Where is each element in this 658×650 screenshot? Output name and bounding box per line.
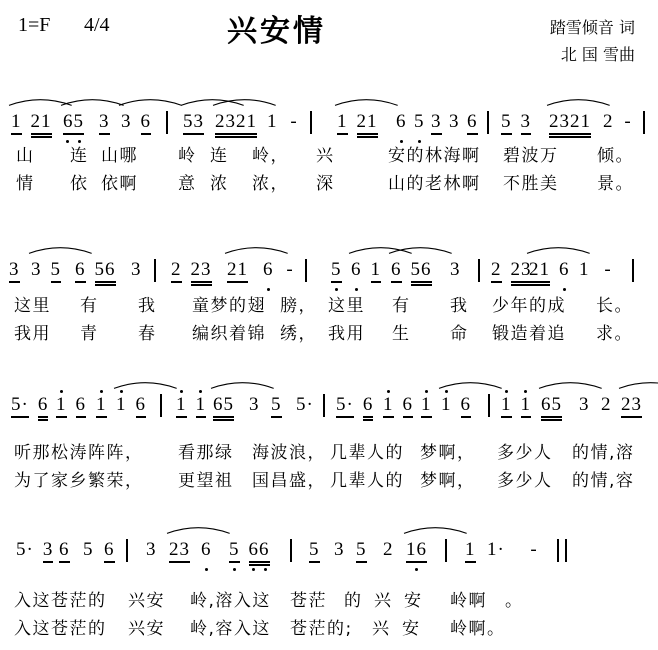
barline — [154, 259, 156, 282]
high-octave-dot — [524, 390, 527, 393]
beam-underline-2 — [521, 136, 532, 138]
beam-underline-1 — [461, 416, 472, 418]
beam-underline-1 — [229, 561, 240, 563]
note-digits: 1 — [96, 395, 107, 415]
note: 1 — [500, 388, 513, 428]
note-group: 656 — [390, 246, 433, 293]
beam-underline-2 — [357, 136, 378, 138]
note: 21 — [356, 105, 379, 145]
slur-arc — [59, 98, 126, 106]
lyric-segment-line3: 这里 — [328, 297, 365, 316]
note-group: 656 — [74, 246, 117, 293]
high-octave-dot — [445, 390, 448, 393]
note: - — [602, 253, 614, 293]
note-digits: 1 — [196, 395, 207, 415]
beam-underline-1 — [351, 281, 362, 283]
note-subgroup-row: 3 — [448, 105, 461, 145]
octave-dots-below — [335, 286, 338, 293]
note: 6 — [140, 105, 153, 145]
octave-dots-below — [233, 566, 236, 573]
beam-underline-1 — [183, 133, 204, 135]
note-digits: 2 — [171, 260, 182, 280]
note-group: 16 — [405, 526, 428, 573]
note-subgroup-row: 65 — [540, 388, 563, 428]
lyric-segment-line1: 山 — [16, 147, 35, 166]
note-digits: 6 — [59, 540, 70, 560]
note-digits: - — [286, 260, 293, 280]
low-octave-dot — [563, 288, 566, 291]
lyric-segment-line1: 兴 — [316, 147, 335, 166]
lyric-segment-line3: 膀， — [280, 297, 317, 316]
note-subgroup-row: 3 — [449, 253, 462, 293]
note-digits: 5 — [414, 112, 425, 132]
note-group: 5·6 — [10, 381, 49, 428]
note: 3 — [578, 388, 591, 428]
note-subgroup-row: 6 — [58, 533, 71, 573]
note: 3 — [130, 253, 143, 293]
lyric-segment-line4: 生 — [392, 325, 411, 344]
beam-underline-1 — [83, 561, 94, 563]
note: 5· — [10, 388, 30, 428]
beam-underline-1 — [191, 281, 212, 283]
note-subgroup-row: 3 — [333, 533, 346, 573]
note: 6 — [362, 388, 375, 428]
note: 21 — [226, 253, 249, 293]
note: 5 — [330, 253, 343, 293]
note: 5· — [335, 388, 355, 428]
note: 2 — [170, 253, 183, 293]
beam-underline-1 — [285, 281, 295, 283]
low-octave-dot — [400, 140, 403, 143]
note-digits: 1 — [465, 540, 476, 560]
note-group: 566 — [228, 526, 271, 573]
octave-dots-below — [400, 138, 403, 145]
lyric-segment-line4: 绣， — [280, 325, 317, 344]
beam-underline-2 — [450, 284, 461, 286]
low-octave-dot — [233, 568, 236, 571]
lyric-segment-line2: 山的老林啊 — [388, 175, 481, 194]
note: 23 — [190, 253, 213, 293]
song-title: 兴安情 — [227, 6, 326, 50]
beam-underline-1 — [227, 281, 248, 283]
barline — [323, 394, 325, 417]
beam-underline-1 — [63, 133, 84, 135]
note-digits: 23 — [169, 540, 190, 560]
note-subgroup-row: 3 — [430, 105, 443, 145]
beam-underline-1 — [487, 561, 505, 563]
note: - — [284, 253, 296, 293]
beam-underline-1 — [396, 133, 407, 135]
note-group: 1 — [420, 381, 433, 428]
note-digits: 1 — [579, 260, 590, 280]
beam-underline-2 — [467, 136, 478, 138]
note-group: - — [528, 526, 540, 573]
note-digits: 5 — [331, 260, 342, 280]
note: 66 — [248, 533, 271, 573]
note: 65 — [62, 105, 85, 145]
note-subgroup-row: 1 — [266, 105, 279, 145]
lyricist-credit: 踏雪倾音 词 — [495, 14, 635, 41]
beam-underline-1 — [116, 416, 127, 418]
note-digits: 56 — [411, 260, 432, 280]
beam-underline-2 — [267, 136, 278, 138]
note-group: - — [284, 246, 296, 293]
barline — [643, 111, 645, 134]
note-group: 21 — [226, 246, 249, 293]
note-digits: 3 — [31, 260, 42, 280]
lyric-segment-line2: 浓， — [252, 175, 289, 194]
note: 6 — [558, 253, 571, 293]
music-system-4: 5·3656323656653521611·- — [0, 526, 658, 574]
beam-underline-2 — [529, 284, 550, 286]
note-digits: 2321 — [215, 112, 257, 132]
beam-underline-1 — [334, 561, 345, 563]
note-digits: 6 — [403, 395, 414, 415]
beam-underline-1 — [76, 416, 87, 418]
note-subgroup-row: 21 — [226, 253, 249, 293]
note-digits: 3 — [99, 112, 110, 132]
note-group: 3 — [449, 246, 462, 293]
note-digits: 6 — [75, 260, 86, 280]
note-digits: 3 — [9, 260, 20, 280]
beam-underline-2 — [131, 284, 142, 286]
beam-underline-1 — [43, 561, 54, 563]
note-digits: 5 — [51, 260, 62, 280]
beam-underline-1 — [549, 133, 591, 135]
low-octave-dot — [78, 140, 81, 143]
note: 2 — [382, 533, 395, 573]
note: 5 — [228, 533, 241, 573]
beam-underline-1 — [465, 561, 476, 563]
note: 3 — [448, 105, 461, 145]
slur-arc — [537, 381, 604, 389]
note-subgroup-row: 1 — [420, 388, 433, 428]
note-group: - — [602, 246, 614, 293]
note-group: 5 — [308, 526, 321, 573]
beam-underline-2 — [75, 284, 86, 286]
lyric-segment-line8: 岭,容入这 — [190, 620, 271, 639]
slur-arc — [333, 98, 400, 106]
beam-underline-2 — [285, 284, 295, 286]
note-subgroup-row: 5·6 — [10, 388, 49, 428]
note: 2 — [490, 253, 503, 293]
note-digits: 5 — [83, 540, 94, 560]
note: 1 — [115, 388, 128, 428]
octave-dots-below — [267, 286, 270, 293]
note: 65 — [212, 388, 235, 428]
lyric-segment-line4: 求。 — [596, 325, 633, 344]
beam-underline-2 — [296, 419, 314, 421]
barline — [488, 394, 490, 417]
note-subgroup-row: 3 — [578, 388, 591, 428]
note-digits: 5· — [296, 395, 314, 415]
note-group: 5· — [295, 381, 315, 428]
note-digits: 3 — [146, 540, 157, 560]
slur-arc — [209, 381, 276, 389]
beam-underline-1 — [411, 281, 432, 283]
note-subgroup-row: 566 — [228, 533, 271, 573]
note-group: 3 — [333, 526, 346, 573]
note-subgroup-row: 65 — [62, 105, 85, 145]
note-subgroup-row: 11 — [500, 388, 532, 428]
lyric-segment-line6: 国昌盛， — [252, 472, 326, 491]
note-subgroup-row: 65 — [212, 388, 235, 428]
barline — [290, 539, 292, 562]
beam-underline-1 — [521, 133, 532, 135]
note-digits: - — [530, 540, 537, 560]
note-subgroup-row: 656 — [390, 253, 433, 293]
note-subgroup-row: 656 — [74, 253, 117, 293]
note-digits: 2 — [491, 260, 502, 280]
beam-underline-1 — [31, 133, 52, 135]
beam-underline-2 — [43, 564, 54, 566]
key-signature: 1=F — [18, 14, 50, 37]
lyric-segment-line6: 多少人 — [497, 472, 553, 491]
beam-underline-1 — [491, 281, 502, 283]
note-digits: 3 — [431, 112, 442, 132]
note-digits: 5· — [336, 395, 354, 415]
note-digits: 56 — [95, 260, 116, 280]
note-digits: 21 — [227, 260, 248, 280]
note: 3 — [98, 105, 111, 145]
note-digits: 1 — [11, 112, 22, 132]
note: 3 — [145, 533, 158, 573]
note-digits: 23 — [191, 260, 212, 280]
note: 6 — [103, 533, 116, 573]
beam-underline-2 — [363, 419, 374, 421]
beam-underline-2 — [51, 284, 62, 286]
note: 3 — [248, 388, 261, 428]
beam-underline-2 — [549, 136, 591, 138]
beam-underline-1 — [59, 561, 70, 563]
beam-underline-1 — [121, 133, 132, 135]
lyric-segment-line2: 深 — [316, 175, 335, 194]
note-digits: 1 — [56, 395, 67, 415]
slur-arc — [223, 246, 290, 254]
lyric-segment-line8: 入这苍茫的 — [14, 620, 107, 639]
note: 3 — [120, 105, 133, 145]
high-octave-dot — [180, 390, 183, 393]
octave-dots-below — [205, 566, 208, 573]
note: 1 — [370, 253, 383, 293]
beam-underline-1 — [213, 416, 234, 418]
note-subgroup-row: 6 — [103, 533, 116, 573]
note: 6 — [74, 253, 87, 293]
lyric-segment-line7: 兴安 — [128, 592, 165, 611]
beam-underline-2 — [11, 419, 29, 421]
note-subgroup-row: 35 — [30, 253, 62, 293]
note-group: 223 — [170, 246, 213, 293]
beam-underline-1 — [201, 561, 212, 563]
note-digits: 66 — [249, 540, 270, 560]
note-digits: 1 — [116, 395, 127, 415]
beam-underline-2 — [136, 419, 147, 421]
lyric-segment-line4: 青 — [80, 325, 99, 344]
note: 5 — [308, 533, 321, 573]
note-group: 6 — [103, 526, 116, 573]
high-octave-dot — [425, 390, 428, 393]
note-group: 3 — [145, 526, 158, 573]
note-digits: 6 — [461, 395, 472, 415]
lyric-segment-line3: 我 — [450, 297, 469, 316]
note-subgroup-row: 16 — [55, 388, 87, 428]
note-group: 11 — [175, 381, 207, 428]
note: 2 — [600, 388, 613, 428]
beam-underline-1 — [601, 416, 612, 418]
lyric-segment-line8: 兴 — [372, 620, 391, 639]
note: 1 — [55, 388, 68, 428]
note-digits: 3 — [450, 260, 461, 280]
note-group: 1· — [486, 526, 506, 573]
high-octave-dot — [60, 390, 63, 393]
beam-underline-1 — [11, 416, 29, 418]
beam-underline-2 — [601, 419, 612, 421]
note-group: 65 — [62, 98, 85, 145]
beam-underline-2 — [83, 564, 94, 566]
note-subgroup-row: 1· — [486, 533, 506, 573]
beam-underline-2 — [461, 419, 472, 421]
high-octave-dot — [120, 390, 123, 393]
note-digits: 3 — [334, 540, 345, 560]
high-octave-dot — [505, 390, 508, 393]
note-group: 16 — [55, 381, 87, 428]
note-subgroup-row: - — [528, 533, 540, 573]
beam-underline-1 — [559, 281, 570, 283]
note-group: 16 — [115, 381, 147, 428]
lyric-segment-line1: 倾。 — [597, 147, 634, 166]
beam-underline-1 — [96, 416, 107, 418]
note: 21 — [528, 253, 551, 293]
note-digits: 6 — [141, 112, 152, 132]
low-octave-dot — [252, 568, 255, 571]
note: 6 — [262, 253, 275, 293]
beam-underline-2 — [215, 136, 257, 138]
note-digits: 65 — [541, 395, 562, 415]
note-digits: 1 — [421, 395, 432, 415]
note-subgroup-row: 2 — [382, 533, 395, 573]
note-subgroup-row: 23 — [168, 533, 191, 573]
note-digits: 1 — [337, 112, 348, 132]
beam-underline-2 — [383, 419, 394, 421]
note-digits: 2 — [383, 540, 394, 560]
beam-underline-2 — [356, 564, 367, 566]
note-subgroup-row: 3 — [248, 388, 261, 428]
beam-underline-2 — [449, 136, 460, 138]
lyric-segment-line1: 连 — [70, 147, 89, 166]
lyric-segment-line2: 景。 — [597, 175, 634, 194]
beam-underline-1 — [289, 133, 299, 135]
barline — [160, 394, 162, 417]
lyric-segment-line5: 几辈人的 — [330, 444, 404, 463]
note: 6 — [200, 533, 213, 573]
beam-underline-1 — [38, 416, 49, 418]
note: 1 — [175, 388, 188, 428]
beam-underline-1 — [383, 561, 394, 563]
barline — [305, 259, 307, 282]
beam-underline-1 — [357, 133, 378, 135]
note-group: 65 — [212, 381, 235, 428]
beam-underline-1 — [215, 133, 257, 135]
note-group: 5 — [82, 526, 95, 573]
beam-underline-1 — [51, 281, 62, 283]
beam-underline-1 — [146, 561, 157, 563]
note-group: 6 — [200, 526, 213, 573]
note: 2321 — [548, 105, 592, 145]
lyric-segment-line6: 为了家乡繁荣， — [14, 472, 144, 491]
note: 21 — [30, 105, 53, 145]
note-group: 6 — [395, 98, 408, 145]
time-signature: 4/4 — [84, 14, 110, 37]
beam-underline-2 — [501, 136, 512, 138]
beam-underline-1 — [31, 281, 42, 283]
low-octave-dot — [355, 288, 358, 291]
octave-dots-below — [415, 566, 418, 573]
beam-underline-1 — [104, 561, 115, 563]
note-digits: 3 — [121, 112, 132, 132]
note: 3 — [30, 253, 43, 293]
beam-underline-2 — [289, 136, 299, 138]
barline — [126, 539, 128, 562]
note-group: 216 — [528, 246, 571, 293]
note-subgroup-row: 5 — [413, 105, 426, 145]
note-digits: 6 — [559, 260, 570, 280]
note-subgroup-row: 23 — [620, 388, 643, 428]
note-group: 16 — [440, 381, 472, 428]
beam-underline-1 — [249, 416, 260, 418]
note: 6 — [37, 388, 50, 428]
note-subgroup-row: 6 — [466, 105, 479, 145]
beam-underline-1 — [383, 416, 394, 418]
note: 16 — [405, 533, 428, 573]
note: 6 — [58, 533, 71, 573]
beam-underline-1 — [603, 281, 613, 283]
note: 1 — [520, 388, 533, 428]
lyric-segment-line7: 入这苍茫的 — [14, 592, 107, 611]
beam-underline-2 — [603, 284, 613, 286]
note-digits: 2 — [603, 112, 614, 132]
beam-underline-1 — [391, 281, 402, 283]
note: 5 — [270, 388, 283, 428]
lyric-segment-line7: 。 — [505, 592, 524, 611]
beam-underline-2 — [421, 419, 432, 421]
note-subgroup-row: 121 — [336, 105, 379, 145]
beam-underline-1 — [403, 416, 414, 418]
beam-underline-1 — [56, 416, 67, 418]
note-group: - — [288, 98, 300, 145]
note: - — [288, 105, 300, 145]
note: 1 — [195, 388, 208, 428]
lyric-segment-line7: 兴 — [374, 592, 393, 611]
beam-underline-1 — [406, 561, 427, 563]
note-subgroup-row: 16 — [115, 388, 147, 428]
lyric-segment-line1: 岭 — [178, 147, 197, 166]
note-subgroup-row: 6 — [200, 533, 213, 573]
beam-underline-1 — [136, 416, 147, 418]
lyric-segment-line7: 安 — [404, 592, 423, 611]
beam-underline-2 — [9, 284, 20, 286]
note-subgroup-row: 121 — [10, 105, 53, 145]
lyric-segment-line1: 连 — [210, 147, 229, 166]
beam-underline-1 — [414, 133, 425, 135]
note-digits: 1· — [487, 540, 505, 560]
lyric-segment-line5: 的情,溶 — [572, 444, 634, 463]
beam-underline-1 — [9, 281, 20, 283]
note-subgroup-row: 6 — [262, 253, 275, 293]
note-subgroup-row: 11 — [175, 388, 207, 428]
beam-underline-2 — [96, 419, 107, 421]
beam-underline-2 — [541, 419, 562, 421]
note-group: 6 — [466, 98, 479, 145]
